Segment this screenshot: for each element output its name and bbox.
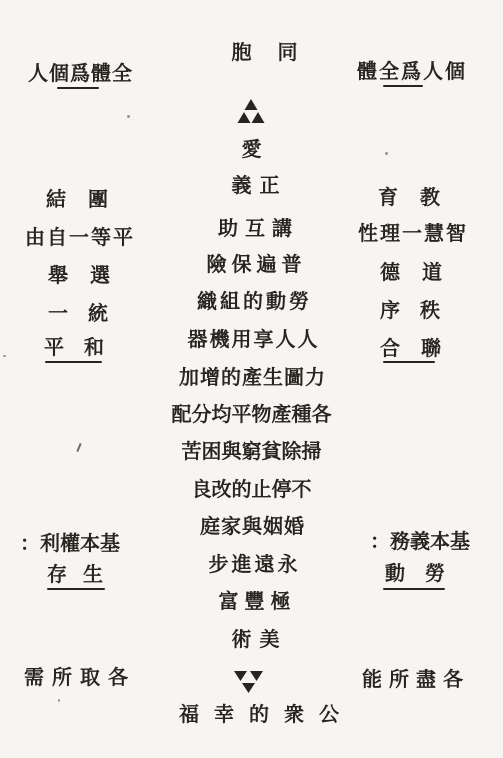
right-col-item: 合聯 [380, 338, 462, 358]
right-col-item: 德道 [380, 262, 464, 282]
emphasis-underline [45, 361, 102, 363]
triangle-up-icon [237, 99, 265, 124]
emphasis-underline [47, 588, 105, 590]
basic-rights-label: ：利權本基 [20, 533, 120, 553]
right-col-item: 序秩 [380, 300, 460, 320]
ink-speck [127, 115, 130, 118]
left-col-item: 一統 [48, 303, 128, 323]
ink-speck [58, 699, 60, 702]
right-col-item: 育教 [378, 187, 462, 207]
center-item: 術美 [0, 629, 503, 649]
right-motto: 體全爲人個 [357, 61, 467, 81]
emphasis-underline [383, 588, 445, 590]
triangle-down-icon [234, 671, 263, 693]
scanned-page: 胞同 人個爲體全 體全爲人個 愛 義正 助互講 險保遍普 織組的動勞 器機用享人… [0, 0, 503, 758]
emphasis-underline [383, 361, 435, 363]
center-item: 加增的產生圖力 [0, 367, 503, 387]
left-motto: 人個爲體全 [28, 63, 133, 83]
center-item: 配分均平物產種各 [0, 404, 503, 424]
basic-rights-value: 存生 [47, 564, 119, 584]
center-item: 良改的止停不 [0, 479, 503, 499]
right-motto-underline [383, 85, 423, 87]
left-col-item: 平和 [44, 337, 124, 357]
center-item: 富豐極 [0, 591, 503, 611]
page-footer: 福幸的衆公 [0, 704, 503, 724]
ink-speck [3, 355, 6, 357]
left-col-item: 舉選 [48, 265, 132, 285]
right-slogan: 能所盡各 [362, 669, 470, 689]
left-col-item: 由自一等平 [25, 227, 135, 247]
basic-duties-value: 動勞 [385, 563, 465, 583]
center-item: 愛 [0, 139, 503, 159]
left-col-item: 結團 [46, 189, 130, 209]
ink-speck [385, 152, 388, 155]
left-slogan: 需所取各 [24, 667, 136, 687]
basic-duties-label: ：務義本基 [370, 531, 470, 551]
left-motto-underline [57, 87, 99, 89]
right-col-item: 性理一慧智 [358, 223, 468, 243]
